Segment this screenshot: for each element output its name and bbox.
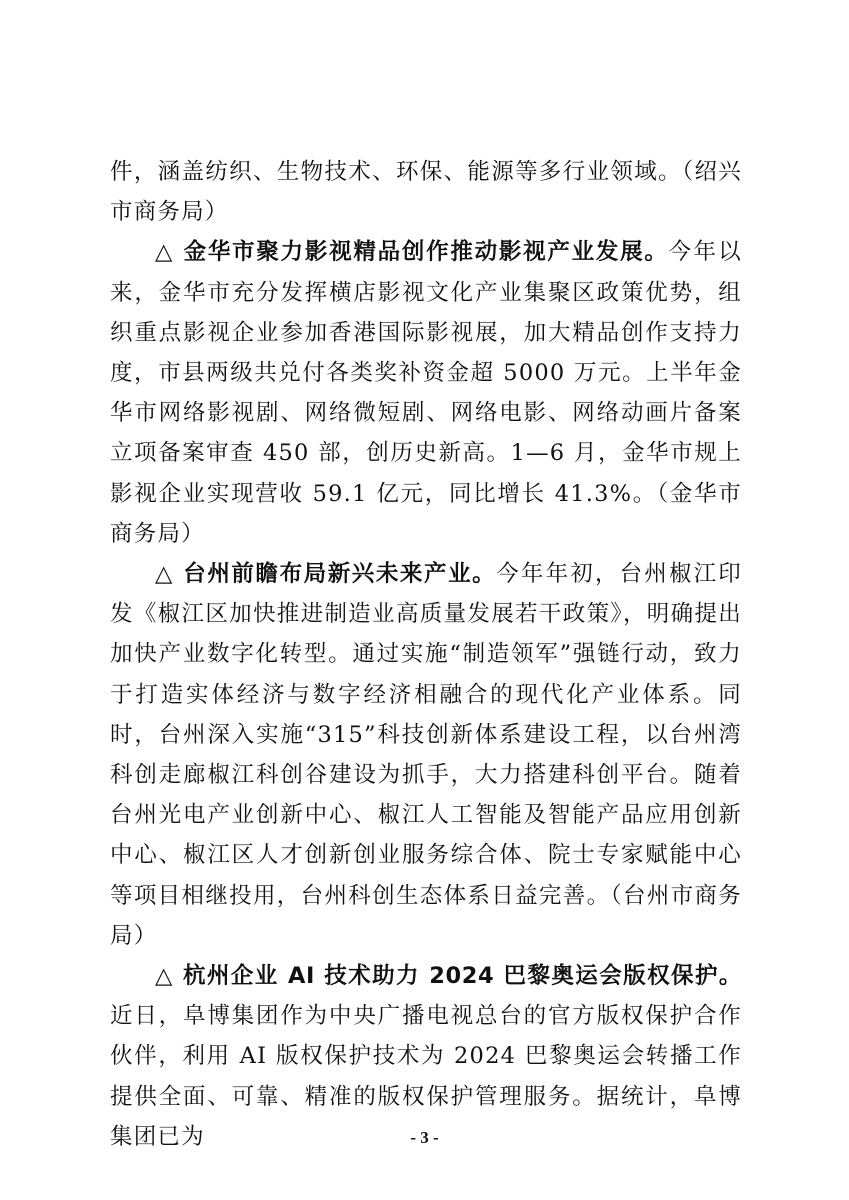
document-body: 件，涵盖纺织、生物技术、环保、能源等多行业领域。（绍兴市商务局） △ 金华市聚力…	[110, 152, 742, 1157]
paragraph-body: 今年年初，台州椒江印发《椒江区加快推进制造业高质量发展若干政策》，明确提出加快产…	[110, 561, 742, 949]
paragraph-heading: △ 金华市聚力影视精品创作推动影视产业发展。	[155, 239, 669, 265]
paragraph-jinhua: △ 金华市聚力影视精品创作推动影视产业发展。今年以来，金华市充分发挥横店影视文化…	[110, 232, 742, 554]
paragraph-heading: △ 杭州企业 AI 技术助力 2024 巴黎奥运会版权保护。	[155, 963, 742, 989]
paragraph-body: 今年以来，金华市充分发挥横店影视文化产业集聚区政策优势，组织重点影视企业参加香港…	[110, 239, 742, 546]
paragraph-body: 件，涵盖纺织、生物技术、环保、能源等多行业领域。（绍兴市商务局）	[110, 159, 742, 225]
paragraph-shaoxing-tail: 件，涵盖纺织、生物技术、环保、能源等多行业领域。（绍兴市商务局）	[110, 152, 742, 232]
document-page: 件，涵盖纺织、生物技术、环保、能源等多行业领域。（绍兴市商务局） △ 金华市聚力…	[0, 0, 849, 1200]
paragraph-taizhou: △ 台州前瞻布局新兴未来产业。今年年初，台州椒江印发《椒江区加快推进制造业高质量…	[110, 554, 742, 956]
page-number: - 3 -	[0, 1128, 849, 1148]
paragraph-heading: △ 台州前瞻布局新兴未来产业。	[155, 561, 496, 587]
paragraph-hangzhou: △ 杭州企业 AI 技术助力 2024 巴黎奥运会版权保护。近日，阜博集团作为中…	[110, 956, 742, 1157]
